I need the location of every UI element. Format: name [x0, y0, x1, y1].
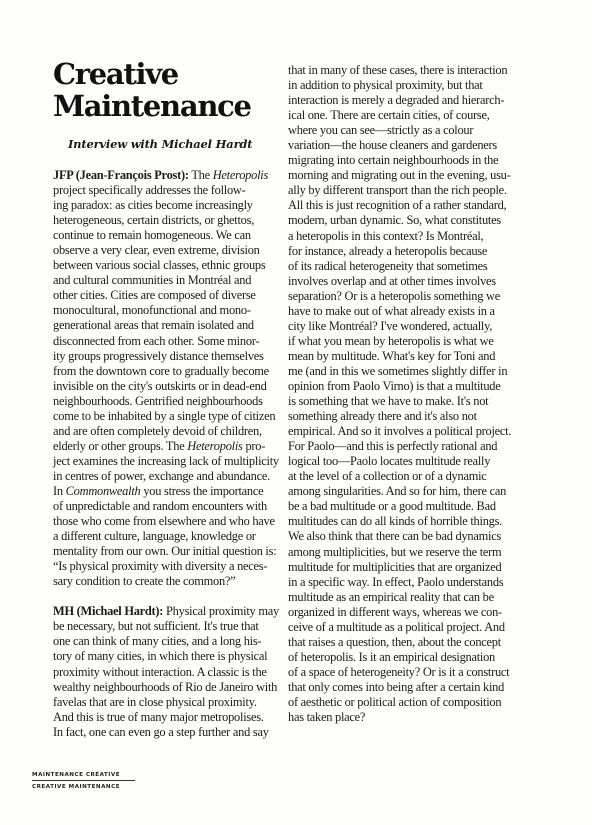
text-line: that raises a question, then, about the …	[288, 635, 520, 650]
text-line: disconnected from each other. Some minor…	[53, 334, 278, 349]
text-line: of unpredictable and random encounters w…	[53, 499, 278, 514]
title-line-1: Creative	[53, 58, 283, 90]
text-line: ity groups progressively distance themse…	[53, 349, 278, 364]
text-line: interaction is merely a degraded and hie…	[288, 93, 520, 108]
text-line: and cultural communities in Montréal and	[53, 273, 278, 288]
text-line: neighbourhoods. Gentrified neighbourhood…	[53, 394, 278, 409]
text-line: elderly or other groups. The Heteropolis…	[53, 439, 278, 454]
text-line: other cities. Cities are composed of div…	[53, 288, 278, 303]
text-line: be a bad multitude or a good multitude. …	[288, 499, 520, 514]
text-line: of heteropolis. Is it an empirical desig…	[288, 650, 520, 665]
article-subtitle: Interview with Michael Hardt	[68, 137, 288, 151]
text-line: empirical. And so it involves a politica…	[288, 424, 520, 439]
footer-french-title: MAINTENANCE CRÉATIVE	[32, 772, 135, 781]
text-line: morning and migrating out in the evening…	[288, 168, 520, 183]
text-line: continue to remain homogeneous. We can	[53, 228, 278, 243]
text-line: In Commonwealth you stress the importanc…	[53, 484, 278, 499]
text-line: a heteropolis in this context? Is Montré…	[288, 229, 520, 244]
text-line: invisible on the city's outskirts or in …	[53, 379, 278, 394]
text-line: one can think of many cities, and a long…	[53, 634, 278, 649]
text-line: ject examines the increasing lack of mul…	[53, 454, 278, 469]
text-line: of a space of heterogeneity? Or is it a …	[288, 665, 520, 680]
text-line: among multiplicities, but we reserve the…	[288, 545, 520, 560]
text-line: between various social classes, ethnic g…	[53, 258, 278, 273]
text-line: favelas that are in close physical proxi…	[53, 695, 278, 710]
text-line: logical too—Paolo locates multitude real…	[288, 454, 520, 469]
text-line: in centres of power, exchange and abunda…	[53, 469, 278, 484]
text-line: where you can see—strictly as a colour	[288, 123, 520, 138]
text-line: ing paradox: as cities become increasing…	[53, 198, 278, 213]
text-line: in a specific way. In effect, Paolo unde…	[288, 575, 520, 590]
italic-title: Heteropolis	[213, 168, 268, 182]
italic-title: Commonwealth	[66, 484, 141, 498]
text-line: at the level of a collection or of a dyn…	[288, 469, 520, 484]
text-line: and are often completely devoid of child…	[53, 424, 278, 439]
text-line: ally by different transport than the ric…	[288, 183, 520, 198]
text-line: mean by multitude. What's key for Toni a…	[288, 349, 520, 364]
article-title: Creative Maintenance	[53, 58, 283, 122]
text-line: that only comes into being after a certa…	[288, 680, 520, 695]
text-line: city like Montréal? I've wondered, actua…	[288, 319, 520, 334]
speaker-label: MH (Michael Hardt):	[53, 604, 163, 618]
text-line: opinion from Paolo Virno) is that a mult…	[288, 379, 520, 394]
text-line: modern, urban dynamic. So, what constitu…	[288, 213, 520, 228]
text-line: something already there and it's also no…	[288, 409, 520, 424]
text-line: has taken place?	[288, 710, 520, 725]
text-line: multitude as an empirical reality that c…	[288, 590, 520, 605]
text-line: multitudes can do all kinds of horrible …	[288, 514, 520, 529]
italic-title: Heteropolis	[187, 439, 242, 453]
text-line: ical one. There are certain cities, of c…	[288, 108, 520, 123]
left-column: JFP (Jean-François Prost): The Heteropol…	[53, 168, 278, 740]
text-line: “Is physical proximity with diversity a …	[53, 559, 278, 574]
text-line: be necessary, but not sufficient. It's t…	[53, 619, 278, 634]
text-line: wealthy neighbourhoods of Rio de Janeiro…	[53, 680, 278, 695]
text-line: a different culture, language, knowledge…	[53, 529, 278, 544]
speaker-label: JFP (Jean-François Prost):	[53, 168, 189, 182]
title-line-2: Maintenance	[53, 90, 283, 122]
text-line: JFP (Jean-François Prost): The Heteropol…	[53, 168, 278, 183]
text-line: those who come from elsewhere and who ha…	[53, 514, 278, 529]
text-line: is something that we have to make. It's …	[288, 394, 520, 409]
text-line: sary condition to create the common?”	[53, 574, 278, 589]
text-line: generational areas that remain isolated …	[53, 318, 278, 333]
text-line: of aesthetic or political action of comp…	[288, 695, 520, 710]
text-line: me (and in this we sometimes slightly di…	[288, 364, 520, 379]
text-line: proximity without interaction. A classic…	[53, 665, 278, 680]
text-line: monocultural, monofunctional and mono-	[53, 303, 278, 318]
text-line: project specifically addresses the follo…	[53, 183, 278, 198]
text-line: that in many of these cases, there is in…	[288, 63, 520, 78]
text-line: In fact, one can even go a step further …	[53, 725, 278, 740]
text-line: We also think that there can be bad dyna…	[288, 529, 520, 544]
text-line: ceive of a multitude as a political proj…	[288, 620, 520, 635]
text-line: heterogeneous, certain districts, or ghe…	[53, 213, 278, 228]
text-line: multitude for multiplicities that are or…	[288, 560, 520, 575]
right-column: that in many of these cases, there is in…	[288, 63, 520, 725]
text-line: have to make out of what already exists …	[288, 304, 520, 319]
text-line: migrating into certain neighbourhoods in…	[288, 153, 520, 168]
paragraph-mh: MH (Michael Hardt): Physical proximity m…	[53, 604, 278, 739]
text-line: mentality from our own. Our initial ques…	[53, 544, 278, 559]
text-line: variation—the house cleaners and gardene…	[288, 138, 520, 153]
paragraph-gap	[53, 589, 278, 604]
running-footer: MAINTENANCE CRÉATIVE CREATIVE MAINTENANC…	[32, 772, 135, 790]
text-line: observe a very clear, even extreme, divi…	[53, 243, 278, 258]
text-line: in addition to physical proximity, but t…	[288, 78, 520, 93]
text-line: MH (Michael Hardt): Physical proximity m…	[53, 604, 278, 619]
text-line: All this is just recognition of a rather…	[288, 198, 520, 213]
text-line: for instance, already a heteropolis beca…	[288, 244, 520, 259]
text-line: separation? Or is a heteropolis somethin…	[288, 289, 520, 304]
paragraph-jfp: JFP (Jean-François Prost): The Heteropol…	[53, 168, 278, 589]
text-line: involves overlap and at other times invo…	[288, 274, 520, 289]
text-line: of its radical heterogeneity that someti…	[288, 259, 520, 274]
text-line: if what you mean by heteropolis is what …	[288, 334, 520, 349]
text-line: And this is true of many major metropoli…	[53, 710, 278, 725]
text-line: For Paolo—and this is perfectly rational…	[288, 439, 520, 454]
text-line: tory of many cities, in which there is p…	[53, 649, 278, 664]
text-line: from the downtown core to gradually beco…	[53, 364, 278, 379]
text-line: organized in different ways, whereas we …	[288, 605, 520, 620]
footer-english-title: CREATIVE MAINTENANCE	[32, 781, 135, 790]
text-line: among singularities. And so for him, the…	[288, 484, 520, 499]
text-line: come to be inhabited by a single type of…	[53, 409, 278, 424]
